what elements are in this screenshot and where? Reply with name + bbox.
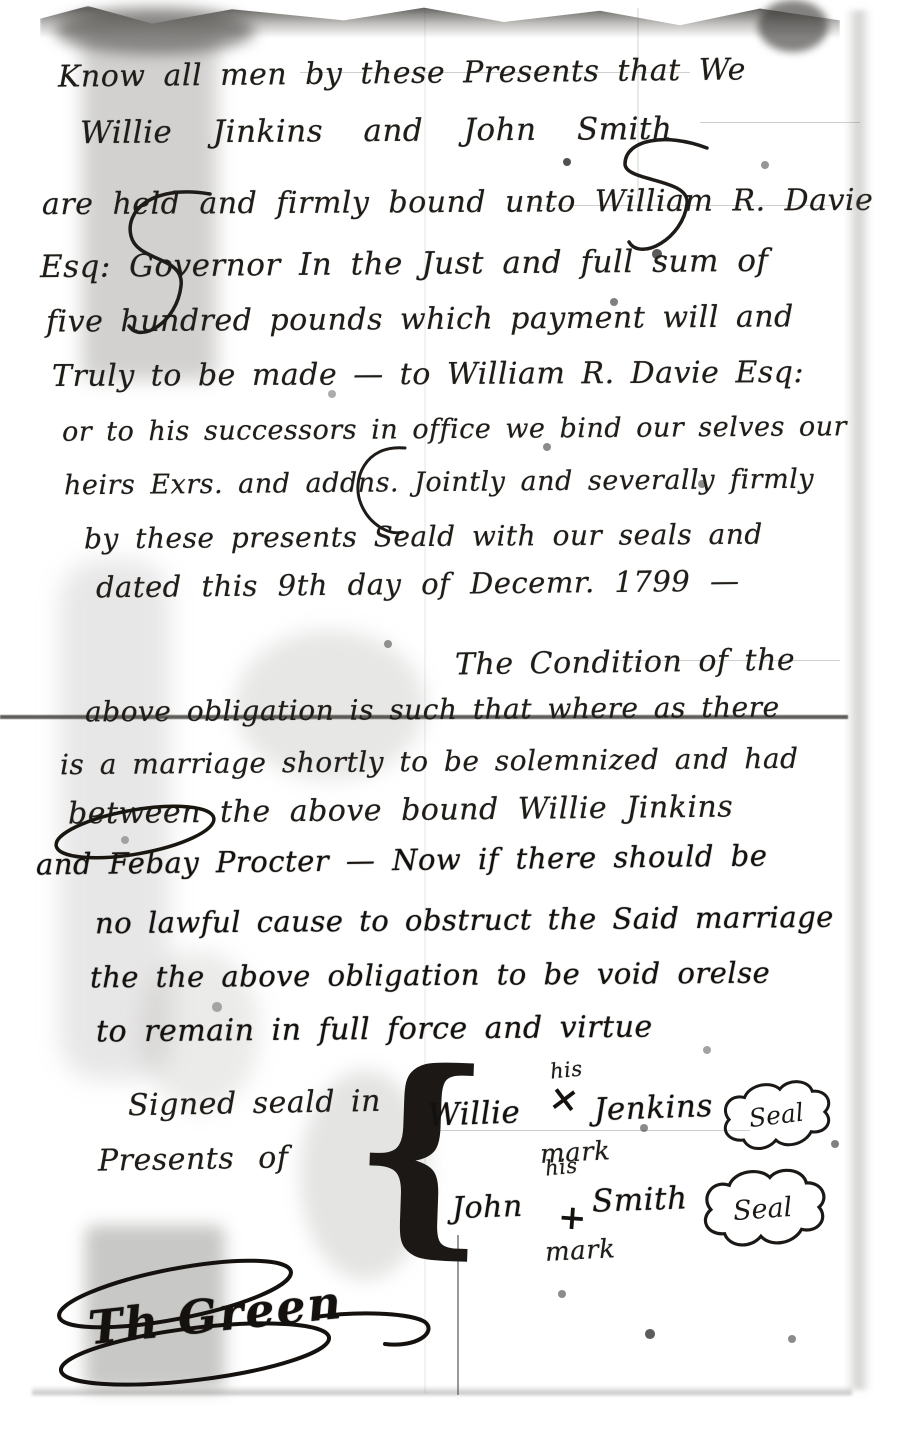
signer2-last-name: Smith xyxy=(591,1180,688,1219)
flourish-held-paren xyxy=(115,182,225,362)
ink-speckles xyxy=(0,0,4,4)
signer2-first-name: John xyxy=(451,1189,523,1226)
text-line-17: the the above obligation to be void orel… xyxy=(90,956,770,995)
text-line-9: by these presents Seald with our seals a… xyxy=(84,518,763,556)
signer2-mark-word: mark xyxy=(544,1234,616,1268)
signer1-x-mark: × xyxy=(546,1076,582,1122)
text-line-16: no lawful cause to obstruct the Said mar… xyxy=(95,900,834,940)
flourish-febay-loop xyxy=(45,800,225,875)
text-line-7: or to his successors in office we bind o… xyxy=(62,411,847,447)
text-line-10: dated this 9th day of Decemr. 1799 — xyxy=(96,564,740,605)
attestation-line-2: Presents of xyxy=(98,1140,289,1178)
text-line-13: is a marriage shortly to be solemnized a… xyxy=(60,742,799,781)
seal-1-label: Seal xyxy=(747,1098,805,1133)
text-line-1: Know all men by these Presents that We xyxy=(58,52,746,94)
seal-2-label: Seal xyxy=(732,1192,793,1227)
attestation-line-1: Signed seald in xyxy=(128,1084,382,1123)
signer2-mark-his: his xyxy=(544,1153,579,1180)
signer1-first-name: Willie xyxy=(427,1094,521,1133)
flourish-and-loop xyxy=(595,130,725,280)
signer1-last-name: Jenkins xyxy=(593,1088,713,1128)
seal-2: Seal xyxy=(690,1158,836,1260)
text-line-11: The Condition of the xyxy=(455,643,796,683)
scanned-document-page: Know all men by these Presents that We W… xyxy=(0,0,900,1438)
flourish-addns-paren xyxy=(345,440,415,550)
signature-brace: { xyxy=(348,1040,494,1260)
text-line-2: Willie Jinkins and John Smith xyxy=(80,111,673,151)
seal-1: Seal xyxy=(709,1069,842,1164)
text-line-12: above obligation is such that where as t… xyxy=(85,691,780,729)
signer2-plus-mark: + xyxy=(557,1197,588,1239)
text-line-8: heirs Exrs. and addns. Jointly and sever… xyxy=(64,464,814,502)
